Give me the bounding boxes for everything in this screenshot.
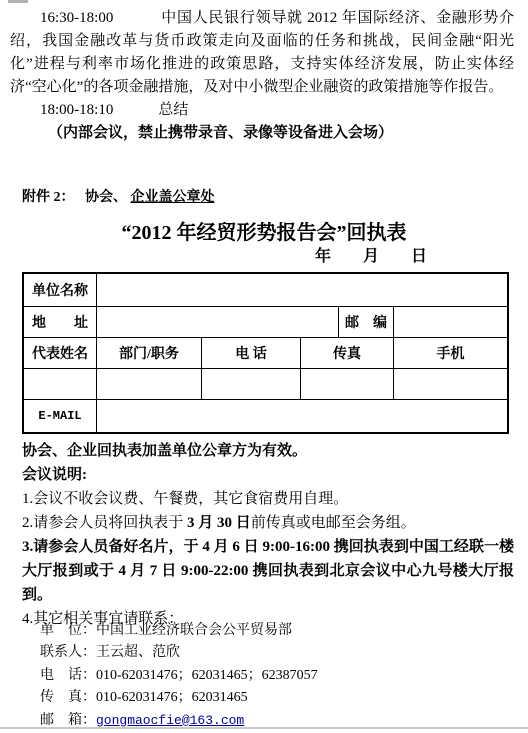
table-row-unit-name: 单位名称 <box>24 274 507 307</box>
fax-header-cell: 传真 <box>301 338 394 369</box>
address-value-cell <box>97 307 339 338</box>
document-page: 16:30-18:00 中国人民银行领导就 2012 年国际经济、金融形势介绍，… <box>0 0 528 733</box>
table-row-rep-blank <box>24 369 507 400</box>
schedule-summary-line: 18:00-18:10 总结 <box>40 99 528 122</box>
unit-name-label-cell: 单位名称 <box>24 274 97 307</box>
postcode-value-cell <box>394 307 507 338</box>
table-row-email: E-MAIL <box>24 400 507 432</box>
contact-person-label: 联系人： <box>40 645 96 660</box>
table-row-address: 地 址 邮 编 <box>24 307 507 338</box>
schedule-paragraph: 16:30-18:00 中国人民银行领导就 2012 年国际经济、金融形势介绍，… <box>10 7 514 99</box>
contact-info-block: 单 位：中国工业经济联合会公平贸易部 联系人：王云超、范欣 电 话：010-62… <box>40 620 318 732</box>
note-item-2-pre: 2.请参会人员将回执表于 <box>22 515 183 531</box>
note-item-3: 3.请参会人员备好名片，于 4 月 6 日 9:00-16:00 携回执表到中国… <box>22 535 514 607</box>
mobile-value-cell <box>394 369 507 400</box>
contact-fax-value: 010-62031476；62031465 <box>96 690 248 705</box>
email-label-text: E-MAIL <box>38 409 81 423</box>
form-title: “2012 年经贸形势报告会”回执表 <box>0 220 528 246</box>
dept-title-value-cell <box>97 369 202 400</box>
dept-title-header-cell: 部门/职务 <box>97 338 202 369</box>
note-item-2-deadline: 3 月 30 日 <box>183 515 251 531</box>
contact-email-link[interactable]: gongmaocfie@163.com <box>96 713 244 728</box>
note-item-2-post: 前传真或电邮至会务组。 <box>251 515 416 531</box>
attachment-stamp-area-text: 企业盖公章处 <box>131 190 215 205</box>
postcode-label-cell: 邮 编 <box>339 307 394 338</box>
contact-email-label: 邮 箱： <box>40 713 96 728</box>
page-bottom-rule <box>0 727 528 729</box>
stamp-validity-note: 协会、企业回执表加盖单位公章方为有效。 <box>22 440 528 463</box>
internal-meeting-notice: （内部会议，禁止携带录音、录像等设备进入会场） <box>48 122 528 145</box>
contact-phone-line: 电 话：010-62031476；62031465；62387057 <box>40 665 318 687</box>
phone-value-cell <box>202 369 301 400</box>
note-item-1: 1.会议不收会议费、午餐费，其它食宿费用自理。 <box>22 487 528 511</box>
attachment-heading: 附件 2： 协会、 企业盖公章处 <box>22 189 528 206</box>
phone-header-cell: 电 话 <box>202 338 301 369</box>
meeting-notes-heading: 会议说明: <box>22 463 528 487</box>
address-label-cell: 地 址 <box>24 307 97 338</box>
note-item-2: 2.请参会人员将回执表于 3 月 30 日前传真或电邮至会务组。 <box>22 511 528 535</box>
contact-fax-line: 传 真：010-62031476；62031465 <box>40 687 318 709</box>
date-line: 年 月 日 <box>0 246 528 267</box>
table-row-rep-headers: 代表姓名 部门/职务 电 话 传真 手机 <box>24 338 507 369</box>
contact-person-line: 联系人：王云超、范欣 <box>40 642 318 664</box>
mobile-header-cell: 手机 <box>394 338 507 369</box>
contact-unit-value: 中国工业经济联合会公平贸易部 <box>96 623 292 638</box>
attachment-label: 附件 2： <box>22 190 75 205</box>
contact-fax-label: 传 真： <box>40 690 96 705</box>
reply-form-table: 单位名称 地 址 邮 编 代表姓名 部门/职务 电 话 传真 手机 E-MAIL <box>22 272 509 434</box>
unit-name-value-cell <box>97 274 507 307</box>
email-label-cell: E-MAIL <box>24 400 97 432</box>
fax-value-cell <box>301 369 394 400</box>
contact-unit-line: 单 位：中国工业经济联合会公平贸易部 <box>40 620 318 642</box>
attachment-prefix: 协会、 <box>85 190 127 205</box>
contact-phone-value: 010-62031476；62031465；62387057 <box>96 668 318 683</box>
corner-mark <box>8 0 28 3</box>
email-value-cell <box>97 400 507 432</box>
contact-unit-label: 单 位： <box>40 623 96 638</box>
rep-name-value-cell <box>24 369 97 400</box>
rep-name-header-cell: 代表姓名 <box>24 338 97 369</box>
contact-person-value: 王云超、范欣 <box>96 645 180 660</box>
contact-phone-label: 电 话： <box>40 668 96 683</box>
